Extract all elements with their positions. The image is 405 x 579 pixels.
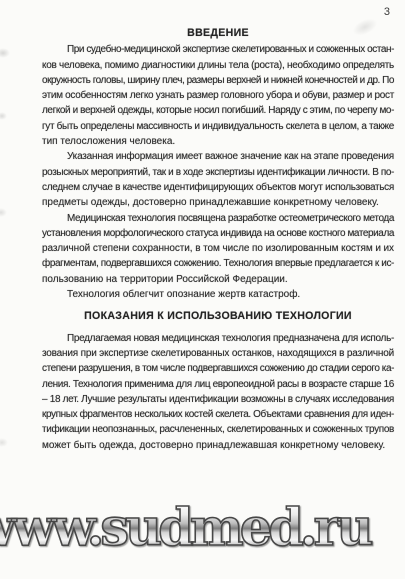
scan-artifact xyxy=(0,438,8,447)
text-line-content: тификации неопознанных, расчлененных, ск… xyxy=(42,424,394,435)
text-line-content: – 18 лет. Лучшие результаты идентификаци… xyxy=(42,394,394,405)
paragraph: Указанная информация имеет важное значен… xyxy=(42,149,394,210)
text-line: ков человека, помимо диагностики длины т… xyxy=(42,58,394,73)
paragraph: При судебно-медицинской экспертизе скеле… xyxy=(42,42,394,149)
text-line: Указанная информация имеет важное значен… xyxy=(42,149,394,164)
text-line-content: различной степени сохранности, в том чис… xyxy=(42,243,394,254)
text-line: различной степени сохранности, в том чис… xyxy=(42,241,394,256)
text-line-content: тип телосложения человека. xyxy=(42,136,175,147)
text-line-content: крупных фрагментов нескольких костей ске… xyxy=(42,409,394,420)
scan-artifact xyxy=(0,208,7,217)
text-line-content: зования при экспертизе скелетированных о… xyxy=(42,348,394,359)
text-line-content: розыскных мероприятий, так и в ходе эксп… xyxy=(42,167,394,178)
paragraph: Медицинская технология посвящена разрабо… xyxy=(42,211,394,287)
scan-artifact xyxy=(0,48,10,58)
text-line: легкой и верхней одежды, которые носил п… xyxy=(42,103,394,118)
text-line-content: При судебно-медицинской экспертизе скеле… xyxy=(67,44,394,55)
text-line-content: следнем случае в качестве идентифицирующ… xyxy=(42,182,394,193)
text-line-content: окружность головы, ширину плеч, размеры … xyxy=(42,75,394,86)
text-line: тип телосложения человека. xyxy=(42,134,394,149)
paragraph: Технология облегчит опознание жертв ката… xyxy=(42,287,394,302)
text-line-content: степени разрушения, в том числе подверга… xyxy=(42,363,394,374)
text-line-content: этим особенностям легко узнать размер го… xyxy=(42,90,394,101)
text-line: тификации неопознанных, расчлененных, ск… xyxy=(42,422,394,437)
text-line-content: может быть одежда, достоверно принадлежа… xyxy=(42,440,385,451)
scanned-document-page: 3 ВВЕДЕНИЕПри судебно-медицинской экспер… xyxy=(0,0,405,579)
text-line: может быть одежда, достоверно принадлежа… xyxy=(42,438,394,453)
text-line: зования при экспертизе скелетированных о… xyxy=(42,346,394,361)
paragraph: Предлагаемая новая медицинская технологи… xyxy=(42,331,394,453)
text-line: – 18 лет. Лучшие результаты идентификаци… xyxy=(42,392,394,407)
text-line-content: Предлагаемая новая медицинская технологи… xyxy=(67,333,394,344)
section-heading: ПОКАЗАНИЯ К ИСПОЛЬЗОВАНИЮ ТЕХНОЛОГИИ xyxy=(42,309,394,324)
text-line-content: установления морфологического статуса ин… xyxy=(42,228,394,239)
text-line: Предлагаемая новая медицинская технологи… xyxy=(42,331,394,346)
text-line: установления морфологического статуса ин… xyxy=(42,226,394,241)
text-line-content: Указанная информация имеет важное значен… xyxy=(67,151,394,162)
page-number: 3 xyxy=(384,6,390,18)
text-line: окружность головы, ширину плеч, размеры … xyxy=(42,73,394,88)
text-line: Медицинская технология посвящена разрабо… xyxy=(42,211,394,226)
text-line: предметы одежды, достоверно принадлежавш… xyxy=(42,195,394,210)
text-line-content: Технология облегчит опознание жертв ката… xyxy=(67,289,300,300)
text-line-content: ления. Технология применима для лиц евро… xyxy=(42,379,394,390)
text-line: Технология облегчит опознание жертв ката… xyxy=(42,287,394,302)
text-line-content: легкой и верхней одежды, которые носил п… xyxy=(42,105,394,116)
text-line-content: фрагментам, подвергавшихся сожжению. Тех… xyxy=(42,258,394,269)
section-heading: ВВЕДЕНИЕ xyxy=(42,26,394,41)
scan-artifact xyxy=(0,112,7,120)
text-line-content: Медицинская технология посвящена разрабо… xyxy=(67,213,394,224)
text-line: При судебно-медицинской экспертизе скеле… xyxy=(42,42,394,57)
text-line: фрагментам, подвергавшихся сожжению. Тех… xyxy=(42,256,394,271)
text-line: степени разрушения, в том числе подверга… xyxy=(42,361,394,376)
watermark-sudmed: www.sudmed.ru xyxy=(0,503,370,554)
text-line: пользованию на территории Российской Фед… xyxy=(42,272,394,287)
text-line: этим особенностям легко узнать размер го… xyxy=(42,88,394,103)
text-line-content: ков человека, помимо диагностики длины т… xyxy=(42,60,394,71)
text-line: следнем случае в качестве идентифицирующ… xyxy=(42,180,394,195)
text-line: ления. Технология применима для лиц евро… xyxy=(42,377,394,392)
text-line-content: предметы одежды, достоверно принадлежавш… xyxy=(42,197,379,208)
text-line-content: пользованию на территории Российской Фед… xyxy=(42,274,288,285)
text-line-content: гут быть определены массивность и индиви… xyxy=(42,121,394,132)
text-line: розыскных мероприятий, так и в ходе эксп… xyxy=(42,165,394,180)
text-line: крупных фрагментов нескольких костей ске… xyxy=(42,407,394,422)
document-content: ВВЕДЕНИЕПри судебно-медицинской эксперти… xyxy=(42,26,394,453)
text-line: гут быть определены массивность и индиви… xyxy=(42,119,394,134)
